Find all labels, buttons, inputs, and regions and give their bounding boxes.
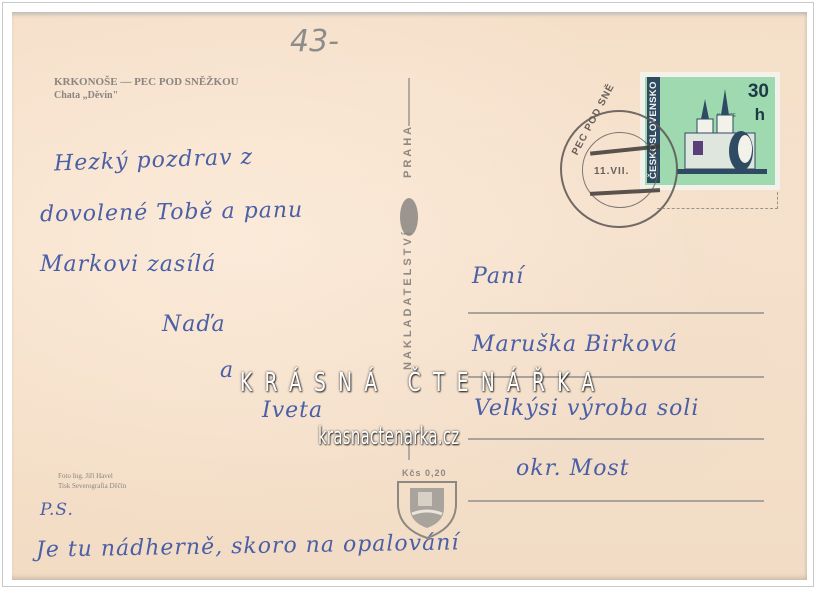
caption-chalet: Chata „Děvín" bbox=[54, 90, 118, 101]
message-line-2: dovolené Tobě a panu bbox=[40, 198, 304, 228]
postmark: PEC POD SNĚ 11.VII. bbox=[560, 110, 678, 228]
postmark-date: 11.VII. bbox=[594, 166, 629, 177]
address-line-4: okr. Most bbox=[516, 456, 630, 481]
address-line-2: Maruška Birková bbox=[472, 332, 678, 357]
publisher-name: NAKLADATELSTVÍ bbox=[402, 229, 414, 370]
address-line-1: Paní bbox=[472, 264, 524, 289]
credit-photo: Foto Ing. Jiří Havel bbox=[58, 472, 113, 480]
stamp-placeholder-box bbox=[657, 192, 778, 209]
message-line-3: Markovi zasílá bbox=[40, 252, 216, 277]
ps-label: P.S. bbox=[40, 500, 74, 520]
postcard: 43- KRKONOŠE — PEC POD SNĚŽKOU Chata „Dě… bbox=[12, 12, 807, 580]
center-divider-top bbox=[408, 78, 410, 126]
publisher-city: PRAHA bbox=[402, 124, 414, 178]
pencil-number: 43- bbox=[290, 24, 339, 59]
address-line-3: Velkýsi výroba soli bbox=[474, 396, 699, 421]
cathedral-icon bbox=[663, 77, 773, 185]
message-conjunction: a bbox=[220, 358, 234, 383]
address-rule-3 bbox=[468, 438, 764, 440]
tourism-emblem: Kčs 0,20 bbox=[384, 468, 470, 540]
credit-print: Tisk Severografia Děčín bbox=[58, 482, 126, 490]
message-line-1: Hezký pozdrav z bbox=[54, 145, 254, 177]
watermark-url: krasnactenarka.cz bbox=[318, 422, 459, 450]
address-rule-4 bbox=[468, 500, 764, 502]
shield-icon bbox=[384, 468, 470, 540]
message-signature-1: Naďa bbox=[162, 312, 226, 337]
caption-location: KRKONOŠE — PEC POD SNĚŽKOU bbox=[54, 76, 239, 88]
watermark-title: KRÁSNÁ ČTENÁŘKA bbox=[240, 368, 606, 398]
address-rule-1 bbox=[468, 312, 764, 314]
message-signature-2: Iveta bbox=[262, 398, 323, 423]
